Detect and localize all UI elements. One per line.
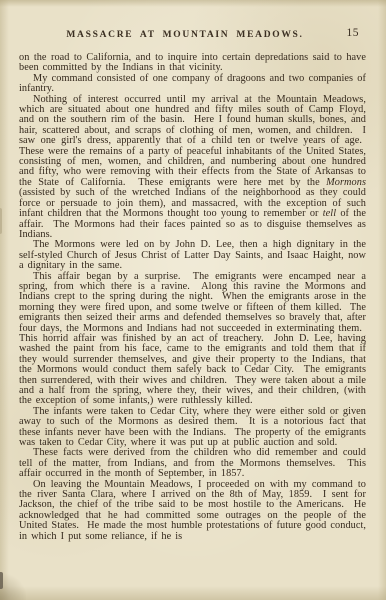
paragraph: The infants were taken to Cedar City, wh… bbox=[19, 407, 366, 449]
paragraph: This affair began by a surprise. The emi… bbox=[19, 272, 366, 407]
scan-edge-smudge bbox=[0, 208, 2, 234]
text-segment: These facts were derived from the childr… bbox=[19, 447, 366, 479]
page-number: 15 bbox=[347, 27, 360, 39]
paragraph: Nothing of interest occurred until my ar… bbox=[19, 95, 366, 241]
paragraph: My command consisted of one company of d… bbox=[19, 74, 366, 95]
scan-ink-mark bbox=[0, 572, 3, 589]
text-segment: Mormons bbox=[326, 177, 366, 188]
text-segment: on the road to California, and to inquir… bbox=[19, 52, 366, 73]
paragraph: On leaving the Mountain Meadows, I proce… bbox=[19, 480, 366, 542]
running-title: MASSACRE AT MOUNTAIN MEADOWS. bbox=[6, 30, 364, 40]
text-segment: The infants were taken to Cedar City, wh… bbox=[19, 406, 366, 448]
text-segment: Nothing of interest occurred until my ar… bbox=[19, 94, 366, 188]
paragraph: on the road to California, and to inquir… bbox=[19, 53, 366, 74]
text-segment: My command consisted of one company of d… bbox=[19, 73, 366, 94]
page-body: on the road to California, and to inquir… bbox=[19, 53, 366, 542]
text-segment: The Mormons were led on by John D. Lee, … bbox=[19, 239, 366, 271]
book-page: MASSACRE AT MOUNTAIN MEADOWS. 15 on the … bbox=[0, 0, 386, 600]
text-segment: On leaving the Mountain Meadows, I proce… bbox=[19, 479, 366, 542]
text-segment: (assisted by such of the wretched Indian… bbox=[19, 187, 366, 219]
paragraph: The Mormons were led on by John D. Lee, … bbox=[19, 240, 366, 271]
paragraph: These facts were derived from the childr… bbox=[19, 448, 366, 479]
text-segment: This affair began by a surprise. The emi… bbox=[19, 271, 366, 407]
scan-corner-shade bbox=[0, 570, 26, 600]
text-segment: tell bbox=[323, 208, 336, 219]
